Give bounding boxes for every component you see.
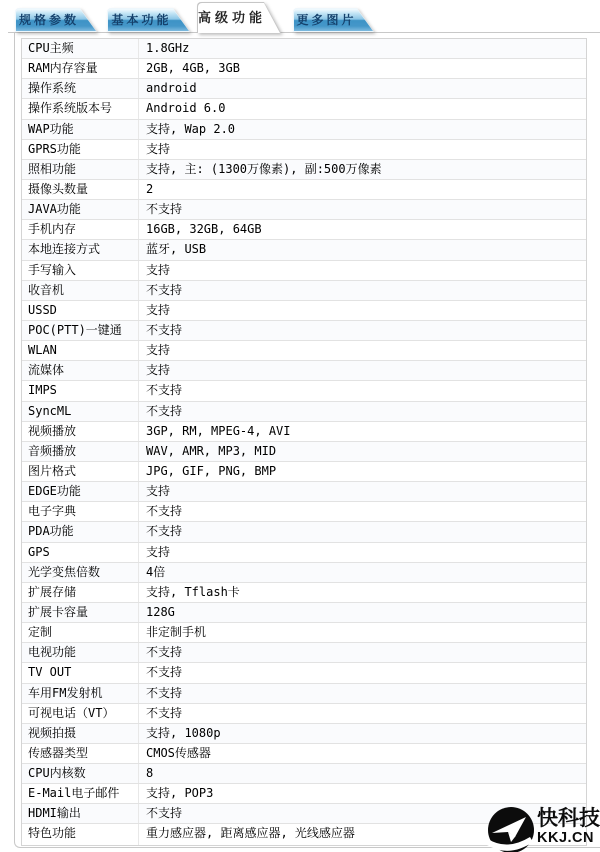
table-row: CPU主频1.8GHz xyxy=(22,39,586,59)
row-value: 16GB, 32GB, 64GB xyxy=(139,220,586,239)
row-value: 不支持 xyxy=(139,321,586,340)
row-label: 图片格式 xyxy=(22,462,139,481)
row-label: 电子字典 xyxy=(22,502,139,521)
row-label: USSD xyxy=(22,301,139,320)
row-value: 不支持 xyxy=(139,643,586,662)
row-label: 特色功能 xyxy=(22,824,139,844)
table-row: WAP功能支持, Wap 2.0 xyxy=(22,120,586,140)
table-row: POC(PTT)一键通不支持 xyxy=(22,321,586,341)
tab-2[interactable]: 基本功能 xyxy=(107,8,190,32)
table-row: JAVA功能不支持 xyxy=(22,200,586,220)
tab-fill: 高级功能 xyxy=(198,3,280,33)
table-row: GPS支持 xyxy=(22,543,586,563)
row-label: 手写输入 xyxy=(22,261,139,280)
table-row: 电视功能不支持 xyxy=(22,643,586,663)
table-row: 车用FM发射机不支持 xyxy=(22,684,586,704)
row-label: TV OUT xyxy=(22,663,139,682)
row-label: 扩展卡容量 xyxy=(22,603,139,622)
table-row: 操作系统版本号Android 6.0 xyxy=(22,99,586,119)
tab-shape: 基本功能 xyxy=(107,8,190,32)
row-label: JAVA功能 xyxy=(22,200,139,219)
watermark-text: 快科技 KKJ.CN xyxy=(537,808,600,846)
row-value: Android 6.0 xyxy=(139,99,586,118)
row-value: 3GP, RM, MPEG-4, AVI xyxy=(139,422,586,441)
table-row: CPU内核数8 xyxy=(22,764,586,784)
table-row: 流媒体支持 xyxy=(22,361,586,381)
row-label: HDMI输出 xyxy=(22,804,139,823)
content-panel: CPU主频1.8GHzRAM内存容量2GB, 4GB, 3GB操作系统andro… xyxy=(14,32,600,848)
table-row: 手机内存16GB, 32GB, 64GB xyxy=(22,220,586,240)
row-label: 视频拍摄 xyxy=(22,724,139,743)
tab-label: 规格参数 xyxy=(16,9,96,31)
row-value: 支持, 主: (1300万像素), 副:500万像素 xyxy=(139,160,586,179)
row-label: 本地连接方式 xyxy=(22,240,139,259)
row-label: 车用FM发射机 xyxy=(22,684,139,703)
table-row: 本地连接方式蓝牙, USB xyxy=(22,240,586,260)
row-value: 不支持 xyxy=(139,663,586,682)
row-value: 支持, POP3 xyxy=(139,784,586,803)
tab-label: 高级功能 xyxy=(198,3,280,32)
row-value: 支持 xyxy=(139,261,586,280)
row-label: WLAN xyxy=(22,341,139,360)
tab-shape: 规格参数 xyxy=(15,8,97,32)
row-label: POC(PTT)一键通 xyxy=(22,321,139,340)
row-label: EDGE功能 xyxy=(22,482,139,501)
row-value: 支持 xyxy=(139,482,586,501)
row-label: 流媒体 xyxy=(22,361,139,380)
table-row: USSD支持 xyxy=(22,301,586,321)
row-label: 可视电话（VT） xyxy=(22,704,139,723)
row-label: 视频播放 xyxy=(22,422,139,441)
tab-baseline-divider xyxy=(8,32,600,33)
table-row: 扩展卡容量128G xyxy=(22,603,586,623)
row-value: JPG, GIF, PNG, BMP xyxy=(139,462,586,481)
tab-4[interactable]: 更多图片 xyxy=(293,8,374,32)
tab-label: 基本功能 xyxy=(108,9,189,31)
row-value: 支持 xyxy=(139,543,586,562)
table-row: 摄像头数量2 xyxy=(22,180,586,200)
table-row: E-Mail电子邮件支持, POP3 xyxy=(22,784,586,804)
row-value: 支持 xyxy=(139,341,586,360)
row-value: 1.8GHz xyxy=(139,39,586,58)
table-row: WLAN支持 xyxy=(22,341,586,361)
row-label: WAP功能 xyxy=(22,120,139,139)
table-row: 图片格式JPG, GIF, PNG, BMP xyxy=(22,462,586,482)
row-label: GPS xyxy=(22,543,139,562)
tab-fill: 更多图片 xyxy=(294,9,373,31)
watermark-site-domain: KKJ.CN xyxy=(537,830,600,846)
row-value: 不支持 xyxy=(139,522,586,541)
table-row: 操作系统android xyxy=(22,79,586,99)
table-row: 视频拍摄支持, 1080p xyxy=(22,724,586,744)
tab-3[interactable]: 高级功能 xyxy=(197,2,281,33)
row-label: 定制 xyxy=(22,623,139,642)
row-label: 照相功能 xyxy=(22,160,139,179)
row-value: 不支持 xyxy=(139,281,586,300)
row-label: GPRS功能 xyxy=(22,140,139,159)
table-row: 传感器类型CMOS传感器 xyxy=(22,744,586,764)
row-value: 支持 xyxy=(139,140,586,159)
table-row: PDA功能不支持 xyxy=(22,522,586,542)
tab-bar: 规格参数基本功能高级功能更多图片 xyxy=(0,0,600,34)
watermark-site-name: 快科技 xyxy=(537,808,600,830)
row-value: 支持 xyxy=(139,361,586,380)
table-row: EDGE功能支持 xyxy=(22,482,586,502)
row-value: 8 xyxy=(139,764,586,783)
tab-shape: 高级功能 xyxy=(197,2,281,33)
row-label: 摄像头数量 xyxy=(22,180,139,199)
row-label: RAM内存容量 xyxy=(22,59,139,78)
row-value: 支持, Tflash卡 xyxy=(139,583,586,602)
table-row: 电子字典不支持 xyxy=(22,502,586,522)
table-row: GPRS功能支持 xyxy=(22,140,586,160)
row-label: SyncML xyxy=(22,402,139,421)
tab-shape: 更多图片 xyxy=(293,8,374,32)
row-label: IMPS xyxy=(22,381,139,400)
table-row: TV OUT不支持 xyxy=(22,663,586,683)
row-label: 传感器类型 xyxy=(22,744,139,763)
row-label: E-Mail电子邮件 xyxy=(22,784,139,803)
row-value: 支持, Wap 2.0 xyxy=(139,120,586,139)
row-label: 光学变焦倍数 xyxy=(22,563,139,582)
row-label: 电视功能 xyxy=(22,643,139,662)
table-row: IMPS不支持 xyxy=(22,381,586,401)
row-label: 操作系统版本号 xyxy=(22,99,139,118)
table-row: 光学变焦倍数4倍 xyxy=(22,563,586,583)
tab-fill: 基本功能 xyxy=(108,9,189,31)
table-row: RAM内存容量2GB, 4GB, 3GB xyxy=(22,59,586,79)
row-value: CMOS传感器 xyxy=(139,744,586,763)
row-label: 手机内存 xyxy=(22,220,139,239)
row-value: 不支持 xyxy=(139,381,586,400)
tab-fill: 规格参数 xyxy=(16,9,96,31)
row-value: 蓝牙, USB xyxy=(139,240,586,259)
row-label: 操作系统 xyxy=(22,79,139,98)
row-value: 支持 xyxy=(139,301,586,320)
row-value: 不支持 xyxy=(139,402,586,421)
row-value: 2GB, 4GB, 3GB xyxy=(139,59,586,78)
tab-label: 更多图片 xyxy=(294,9,373,31)
tab-1[interactable]: 规格参数 xyxy=(15,8,97,32)
spec-table: CPU主频1.8GHzRAM内存容量2GB, 4GB, 3GB操作系统andro… xyxy=(21,38,587,846)
page: 规格参数基本功能高级功能更多图片 CPU主频1.8GHzRAM内存容量2GB, … xyxy=(0,0,600,852)
row-label: 收音机 xyxy=(22,281,139,300)
table-row: 手写输入支持 xyxy=(22,261,586,281)
row-value: 4倍 xyxy=(139,563,586,582)
table-row: 扩展存储支持, Tflash卡 xyxy=(22,583,586,603)
table-row: 可视电话（VT）不支持 xyxy=(22,704,586,724)
kkj-watermark: 快科技 KKJ.CN xyxy=(487,804,600,852)
row-value: 不支持 xyxy=(139,200,586,219)
table-row: SyncML不支持 xyxy=(22,402,586,422)
paper-plane-icon xyxy=(487,806,535,852)
table-row: 照相功能支持, 主: (1300万像素), 副:500万像素 xyxy=(22,160,586,180)
row-label: 扩展存储 xyxy=(22,583,139,602)
row-label: 音频播放 xyxy=(22,442,139,461)
row-value: 128G xyxy=(139,603,586,622)
row-value: 非定制手机 xyxy=(139,623,586,642)
row-value: 不支持 xyxy=(139,704,586,723)
table-row: 视频播放3GP, RM, MPEG-4, AVI xyxy=(22,422,586,442)
row-label: PDA功能 xyxy=(22,522,139,541)
row-value: 支持, 1080p xyxy=(139,724,586,743)
table-row: 收音机不支持 xyxy=(22,281,586,301)
row-label: CPU主频 xyxy=(22,39,139,58)
row-value: android xyxy=(139,79,586,98)
row-label: CPU内核数 xyxy=(22,764,139,783)
row-value: WAV, AMR, MP3, MID xyxy=(139,442,586,461)
row-value: 不支持 xyxy=(139,684,586,703)
row-value: 2 xyxy=(139,180,586,199)
row-value: 不支持 xyxy=(139,502,586,521)
table-row: 音频播放WAV, AMR, MP3, MID xyxy=(22,442,586,462)
table-row: 定制非定制手机 xyxy=(22,623,586,643)
